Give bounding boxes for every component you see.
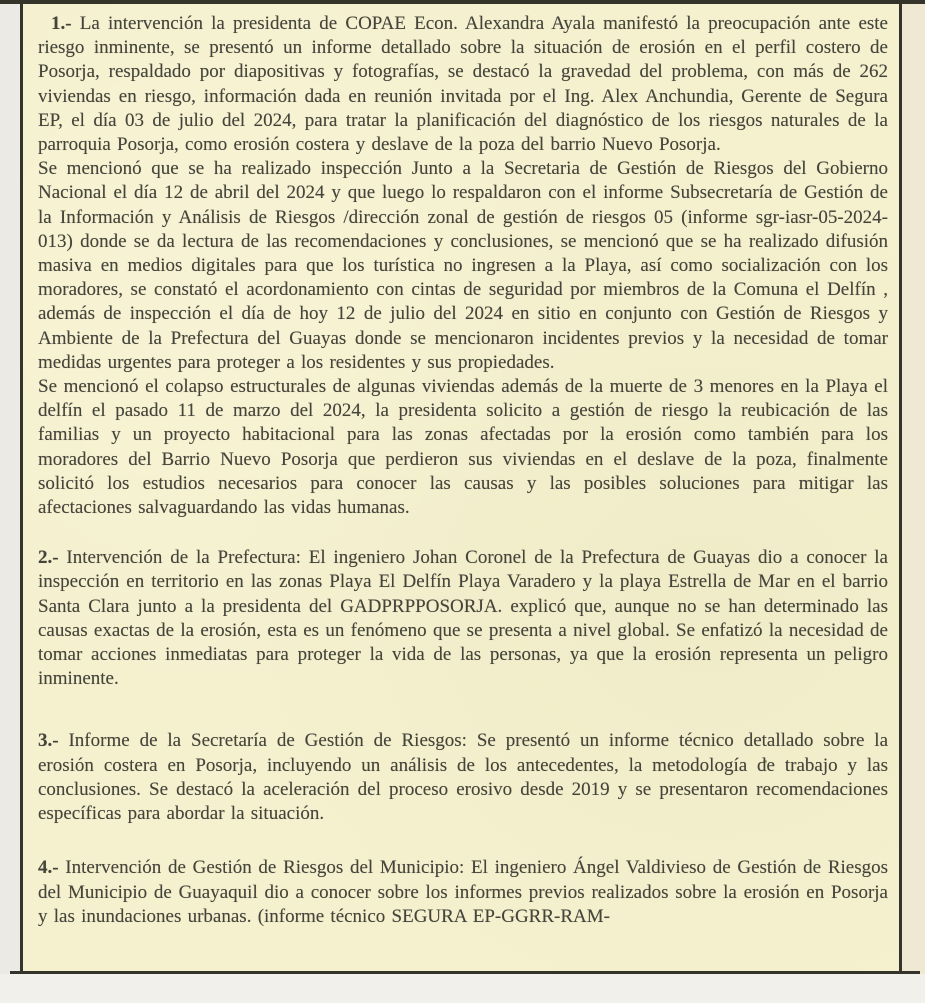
paragraph-3-number: 3.- [38, 730, 59, 751]
scan-right-margin [902, 0, 925, 1003]
scan-bottom-margin [0, 974, 925, 1003]
document-body: 1.- La intervención la presidenta de COP… [38, 12, 888, 929]
page-top-border [0, 0, 925, 4]
paragraph-1-number: 1.- [51, 13, 72, 34]
scan-left-margin [0, 0, 20, 1003]
paragraph-2-text: Intervención de la Prefectura: El ingeni… [38, 547, 888, 689]
paragraph-1-block-2: Se mencionó que se ha realizado inspecci… [38, 157, 888, 375]
scan-noise-speck [836, 67, 839, 70]
paragraph-1-block-1-text: La intervención la presidenta de COPAE E… [38, 13, 888, 155]
paragraph-2-number: 2.- [38, 547, 59, 568]
paragraph-3: 3.- Informe de la Secretaría de Gestión … [38, 729, 888, 826]
scan-noise-speck [763, 760, 767, 763]
paragraph-4-number: 4.- [38, 857, 59, 878]
page-bottom-border [10, 971, 920, 974]
paragraph-1-block-1: 1.- La intervención la presidenta de COP… [38, 12, 888, 157]
paragraph-1-block-2-text: Se mencionó que se ha realizado inspecci… [38, 158, 888, 373]
scanned-document: 1.- La intervención la presidenta de COP… [0, 0, 925, 1003]
paragraph-3-text: Informe de la Secretaría de Gestión de R… [38, 730, 888, 824]
document-page: 1.- La intervención la presidenta de COP… [20, 4, 902, 971]
paragraph-2: 2.- Intervención de la Prefectura: El in… [38, 546, 888, 691]
paragraph-4-text: Intervención de Gestión de Riesgos del M… [38, 857, 888, 926]
paragraph-1-block-3-text: Se mencionó el colapso estructurales de … [38, 376, 888, 518]
paragraph-4: 4.- Intervención de Gestión de Riesgos d… [38, 856, 888, 929]
paragraph-1-block-3: Se mencionó el colapso estructurales de … [38, 375, 888, 520]
